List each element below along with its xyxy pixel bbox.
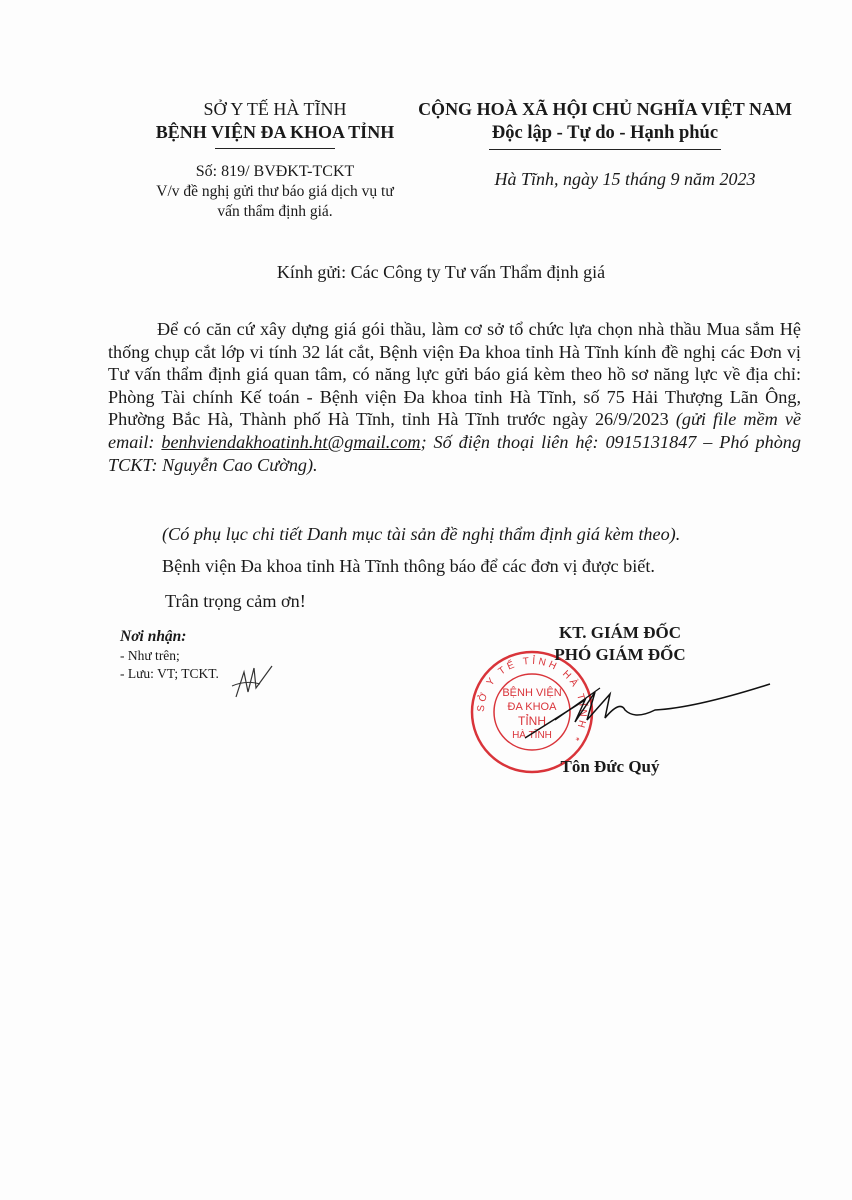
annex-note: (Có phụ lục chi tiết Danh mục tài sản đề… [162,524,680,545]
signature-title-1: KT. GIÁM ĐỐC [510,622,730,644]
recipient-item: - Lưu: VT; TCKT. [120,665,219,683]
signature-block: KT. GIÁM ĐỐC PHÓ GIÁM ĐỐC [510,622,730,666]
nation-title: CỘNG HOÀ XÃ HỘI CHỦ NGHĨA VIỆT NAM [395,98,815,121]
divider [215,148,335,149]
email-link[interactable]: benhviendakhoatinh.ht@gmail.com [161,432,420,452]
signer-name: Tôn Đức Quý [520,757,700,777]
salutation: Kính gửi: Các Công ty Tư vấn Thẩm định g… [0,262,852,283]
initials-mark [226,662,276,702]
motto: Độc lập - Tự do - Hạnh phúc [395,121,815,145]
notice-text: Bệnh viện Đa khoa tỉnh Hà Tĩnh thông báo… [162,556,655,577]
recipients-title: Nơi nhận: [120,627,219,647]
body-paragraph: Để có căn cứ xây dựng giá gói thầu, làm … [108,318,801,476]
document-number: Số: 819/ BVĐKT-TCKT [130,162,420,182]
closing-text: Trân trọng cảm ơn! [165,591,306,612]
subject-line-1: V/v đề nghị gửi thư báo giá dịch vụ tư [130,182,420,202]
agency-name: SỞ Y TẾ HÀ TĨNH [130,98,420,121]
handwritten-signature [525,680,775,740]
date-place: Hà Tĩnh, ngày 15 tháng 9 năm 2023 [395,168,815,190]
issuer-header: SỞ Y TẾ HÀ TĨNH BỆNH VIỆN ĐA KHOA TỈNH S… [130,98,420,222]
subject-line-2: vấn thẩm định giá. [130,202,420,222]
recipients-block: Nơi nhận: - Như trên; - Lưu: VT; TCKT. [120,627,219,683]
national-header: CỘNG HOÀ XÃ HỘI CHỦ NGHĨA VIỆT NAM Độc l… [395,98,815,190]
signature-title-2: PHÓ GIÁM ĐỐC [510,644,730,666]
divider [489,149,721,150]
recipient-item: - Như trên; [120,647,219,665]
organization-name: BỆNH VIỆN ĐA KHOA TỈNH [130,121,420,144]
